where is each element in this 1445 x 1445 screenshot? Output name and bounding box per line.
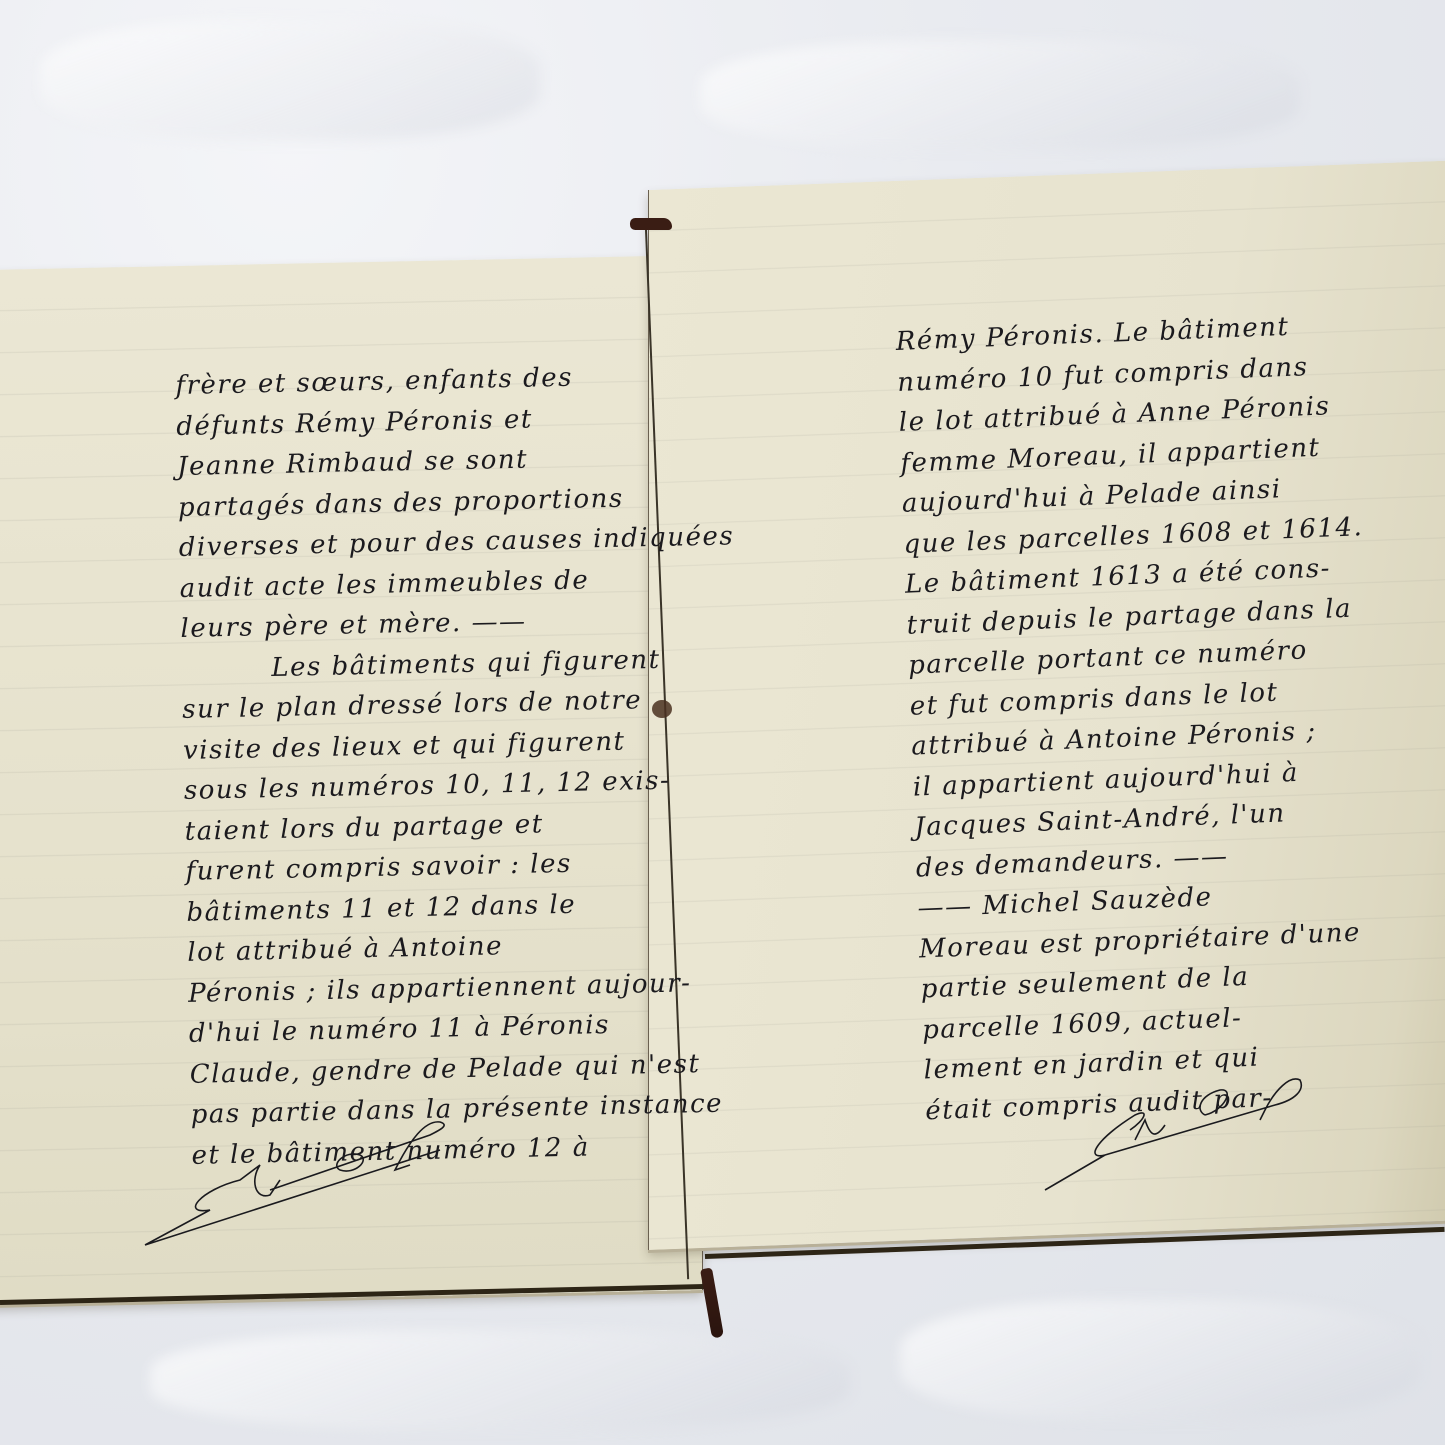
binding-thread-bottom	[700, 1267, 724, 1338]
signature-right	[1025, 1060, 1315, 1200]
signature-left	[140, 1110, 460, 1250]
right-page-text: Rémy Péronis. Le bâtiment numéro 10 fut …	[895, 304, 1386, 1131]
tissue-paper-fold	[150, 1330, 850, 1430]
left-page-text: frère et sœurs, enfants des défunts Rémy…	[175, 354, 747, 1175]
binding-thread-top	[630, 218, 672, 230]
tissue-paper-fold	[900, 1300, 1420, 1420]
tissue-paper-fold	[40, 20, 540, 140]
tissue-paper-fold	[700, 40, 1300, 150]
